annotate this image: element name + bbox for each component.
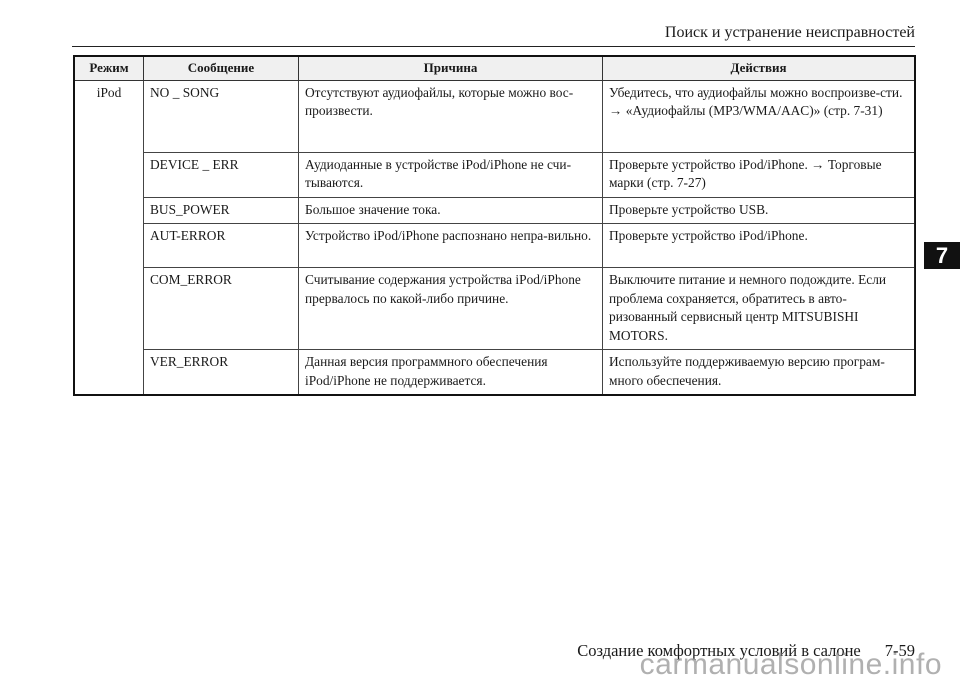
- cause-cell: Аудиоданные в устройстве iPod/iPhone не …: [299, 152, 603, 197]
- message-cell: BUS_POWER: [144, 197, 299, 224]
- table-row: VER_ERROR Данная версия программного обе…: [74, 350, 915, 396]
- chapter-tab: 7: [924, 242, 960, 269]
- column-header-cause: Причина: [299, 56, 603, 80]
- column-header-mode: Режим: [74, 56, 144, 80]
- action-cell: Проверьте устройство USB.: [603, 197, 916, 224]
- action-cell: Убедитесь, что аудиофайлы можно воспроиз…: [603, 80, 916, 152]
- column-header-action: Действия: [603, 56, 916, 80]
- message-cell: DEVICE _ ERR: [144, 152, 299, 197]
- cause-cell: Считывание содержания устройства iPod/iP…: [299, 268, 603, 350]
- mode-cell: iPod: [74, 80, 144, 395]
- message-cell: VER_ERROR: [144, 350, 299, 396]
- message-cell: COM_ERROR: [144, 268, 299, 350]
- action-cell: Проверьте устройство iPod/iPhone. → Торг…: [603, 152, 916, 197]
- cause-cell: Данная версия программного обеспечения i…: [299, 350, 603, 396]
- action-cell: Выключите питание и немного подождите. Е…: [603, 268, 916, 350]
- cause-cell: Отсутствуют аудиофайлы, которые можно во…: [299, 80, 603, 152]
- table-row: BUS_POWER Большое значение тока. Проверь…: [74, 197, 915, 224]
- watermark: carmanualsonline.info: [640, 648, 942, 679]
- message-cell: NO _ SONG: [144, 80, 299, 152]
- table-row: DEVICE _ ERR Аудиоданные в устройстве iP…: [74, 152, 915, 197]
- chapter-marker-line: [914, 210, 915, 300]
- troubleshooting-table: Режим Сообщение Причина Действия iPod NO…: [73, 55, 916, 396]
- header-rule: [72, 46, 915, 47]
- message-cell: AUT-ERROR: [144, 224, 299, 268]
- table-header-row: Режим Сообщение Причина Действия: [74, 56, 915, 80]
- table-row: iPod NO _ SONG Отсутствуют аудиофайлы, к…: [74, 80, 915, 152]
- running-header: Поиск и устранение неисправностей: [665, 24, 915, 42]
- cause-cell: Большое значение тока.: [299, 197, 603, 224]
- table-row: COM_ERROR Считывание содержания устройст…: [74, 268, 915, 350]
- action-cell: Используйте поддерживаемую версию програ…: [603, 350, 916, 396]
- cause-cell: Устройство iPod/iPhone распознано непра-…: [299, 224, 603, 268]
- column-header-message: Сообщение: [144, 56, 299, 80]
- table-row: AUT-ERROR Устройство iPod/iPhone распозн…: [74, 224, 915, 268]
- action-cell: Проверьте устройство iPod/iPhone.: [603, 224, 916, 268]
